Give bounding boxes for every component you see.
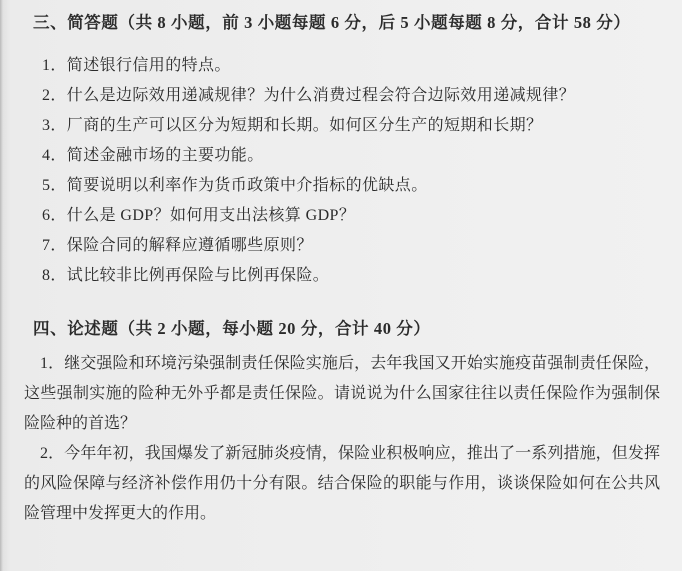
question-item-6: 6．什么是 GDP？如何用支出法核算 GDP？ [24,207,660,224]
essay-2-line-3: 险管理中发挥更大的作用。 [24,505,660,522]
short-answer-question-list: 1．简述银行信用的特点。 2．什么是边际效用递减规律？为什么消费过程会符合边际效… [24,57,660,284]
question-item-2: 2．什么是边际效用递减规律？为什么消费过程会符合边际效用递减规律？ [24,87,660,104]
essay-question-list: 1．继交强险和环境污染强制责任保险实施后，去年我国又开始实施疫苗强制责任保险， … [24,355,660,522]
essay-question-2: 2．今年年初，我国爆发了新冠肺炎疫情，保险业积极响应，推出了一系列措施，但发挥 … [24,445,660,522]
question-item-3: 3．厂商的生产可以区分为短期和长期。如何区分生产的短期和长期？ [24,117,660,134]
question-item-8: 8．试比较非比例再保险与比例再保险。 [24,267,660,284]
essay-2-line-2: 的风险保障与经济补偿作用仍十分有限。结合保险的职能与作用，谈谈保险如何在公共风 [24,475,660,492]
essay-2-line-1: 2．今年年初，我国爆发了新冠肺炎疫情，保险业积极响应，推出了一系列措施，但发挥 [24,445,660,462]
section-heading-short-answer: 三、简答题（共 8 小题，前 3 小题每题 6 分，后 5 小题每题 8 分，合… [24,0,660,31]
essay-1-line-3: 险险种的首选？ [24,415,660,432]
question-item-7: 7．保险合同的解释应遵循哪些原则？ [24,237,660,254]
essay-question-1: 1．继交强险和环境污染强制责任保险实施后，去年我国又开始实施疫苗强制责任保险， … [24,355,660,432]
question-item-4: 4．简述金融市场的主要功能。 [24,147,660,164]
section-heading-essay: 四、论述题（共 2 小题，每小题 20 分，合计 40 分） [24,320,660,337]
essay-1-line-1: 1．继交强险和环境污染强制责任保险实施后，去年我国又开始实施疫苗强制责任保险， [24,355,660,372]
essay-1-line-2: 这些强制实施的险种无外乎都是责任保险。请说说为什么国家往往以责任保险作为强制保 [24,385,660,402]
scanned-exam-page: 三、简答题（共 8 小题，前 3 小题每题 6 分，后 5 小题每题 8 分，合… [0,0,682,571]
question-item-1: 1．简述银行信用的特点。 [24,57,660,74]
question-item-5: 5．简要说明以利率作为货币政策中介指标的优缺点。 [24,177,660,194]
